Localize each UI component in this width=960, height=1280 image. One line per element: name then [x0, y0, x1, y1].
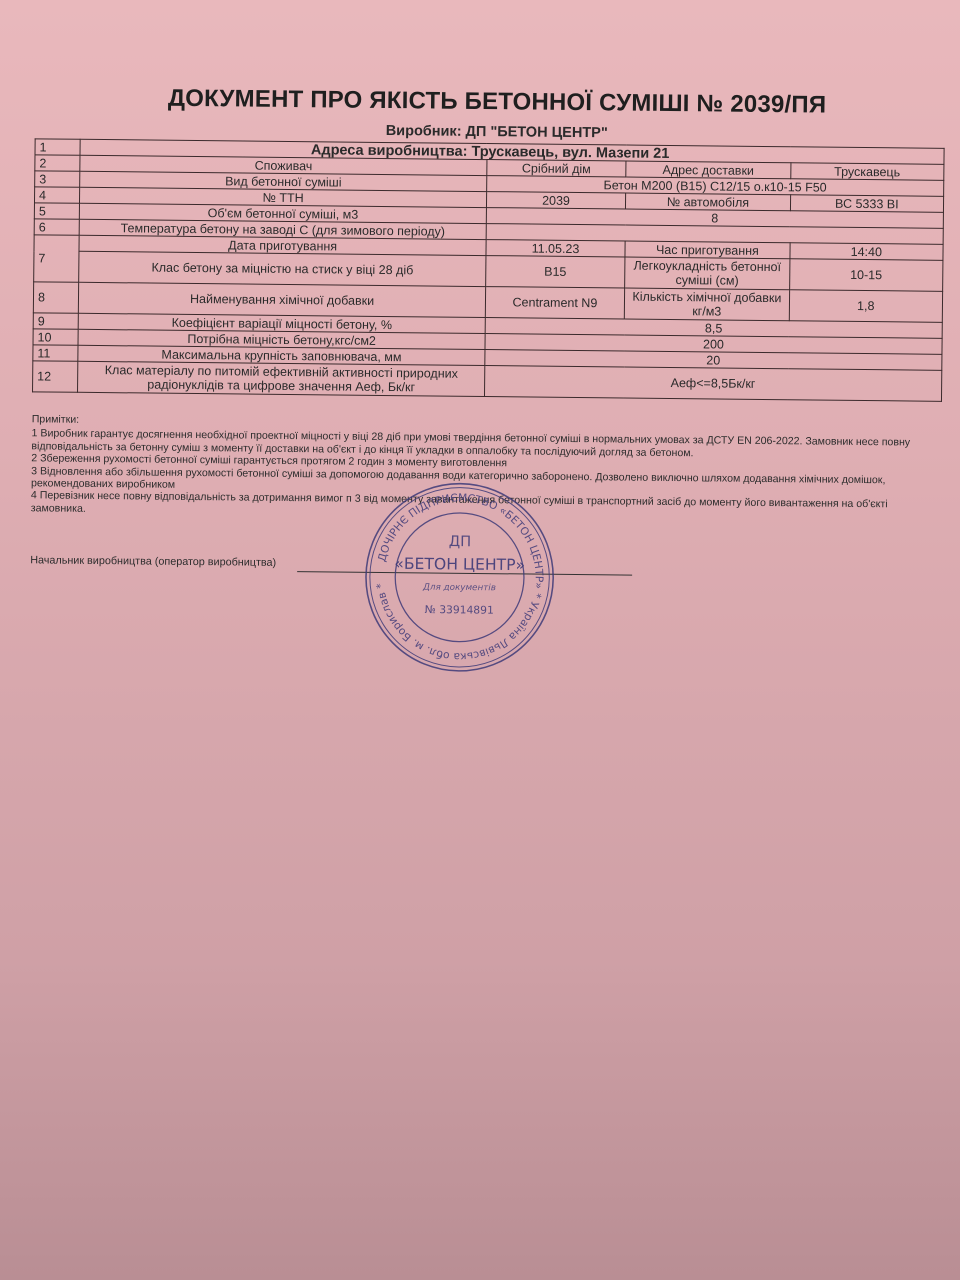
stamp-ring-text: ДОЧІРНЄ ПІДПРИЄМСТВО «БЕТОН ЦЕНТР» * Укр…	[373, 490, 547, 664]
stamp-line4: № 33914891	[425, 603, 494, 617]
row-number: 8	[33, 282, 79, 313]
ttn-value: 2039	[486, 192, 625, 209]
row-number: 5	[34, 203, 80, 219]
sub-label: № автомобіля	[626, 193, 791, 211]
row-number: 12	[33, 361, 79, 392]
stamp-line3: Для документів	[422, 583, 496, 594]
row-number: 7	[34, 235, 80, 282]
row-label: Клас бетону за міцністю на стиск у віці …	[79, 251, 486, 286]
row-number: 10	[33, 329, 79, 345]
stamp-line1: ДП	[449, 533, 472, 550]
sub-label: Час приготування	[625, 241, 790, 259]
radionuclide-value: Аеф<=8,5Бк/кг	[484, 366, 941, 402]
company-stamp: ДОЧІРНЄ ПІДПРИЄМСТВО «БЕТОН ЦЕНТР» * Укр…	[361, 479, 558, 676]
vehicle-number-value: ВС 5333 ВІ	[790, 195, 944, 213]
workability-value: 10-15	[789, 259, 943, 292]
row-number: 6	[34, 219, 80, 235]
consumer-value: Срібний дім	[487, 160, 626, 177]
admixture-name-value: Centrament N9	[485, 287, 625, 319]
document-sheet: ДОКУМЕНТ ПРО ЯКІСТЬ БЕТОННОЇ СУМІШІ № 20…	[0, 0, 960, 1280]
strength-class-value: В15	[485, 256, 625, 288]
stamp-line2: «БЕТОН ЦЕНТР»	[394, 555, 525, 574]
quality-table: 1 Адреса виробництва: Трускавець, вул. М…	[32, 138, 945, 402]
row-number: 2	[35, 155, 81, 171]
prep-time-value: 14:40	[790, 243, 944, 261]
sub-label: Адрес доставки	[626, 161, 791, 179]
row-number: 3	[35, 171, 81, 187]
row-number: 1	[35, 139, 81, 155]
row-number: 9	[33, 313, 79, 329]
row-label: Найменування хімічної добавки	[79, 282, 486, 317]
admixture-amount-value: 1,8	[789, 290, 943, 323]
sub-label: Кількість хімічної добавки кг/м3	[624, 288, 789, 321]
row-label: Клас матеріалу по питомій ефективній акт…	[78, 361, 485, 396]
prep-date-value: 11.05.23	[486, 240, 625, 257]
delivery-address-value: Трускавець	[790, 163, 944, 181]
document-title: ДОКУМЕНТ ПРО ЯКІСТЬ БЕТОННОЇ СУМІШІ № 20…	[2, 83, 960, 121]
row-number: 4	[34, 187, 80, 203]
row-number: 11	[33, 345, 79, 361]
signature-label: Начальник виробництва (оператор виробниц…	[30, 554, 276, 569]
sub-label: Легкоукладність бетонної суміші (см)	[625, 257, 790, 290]
